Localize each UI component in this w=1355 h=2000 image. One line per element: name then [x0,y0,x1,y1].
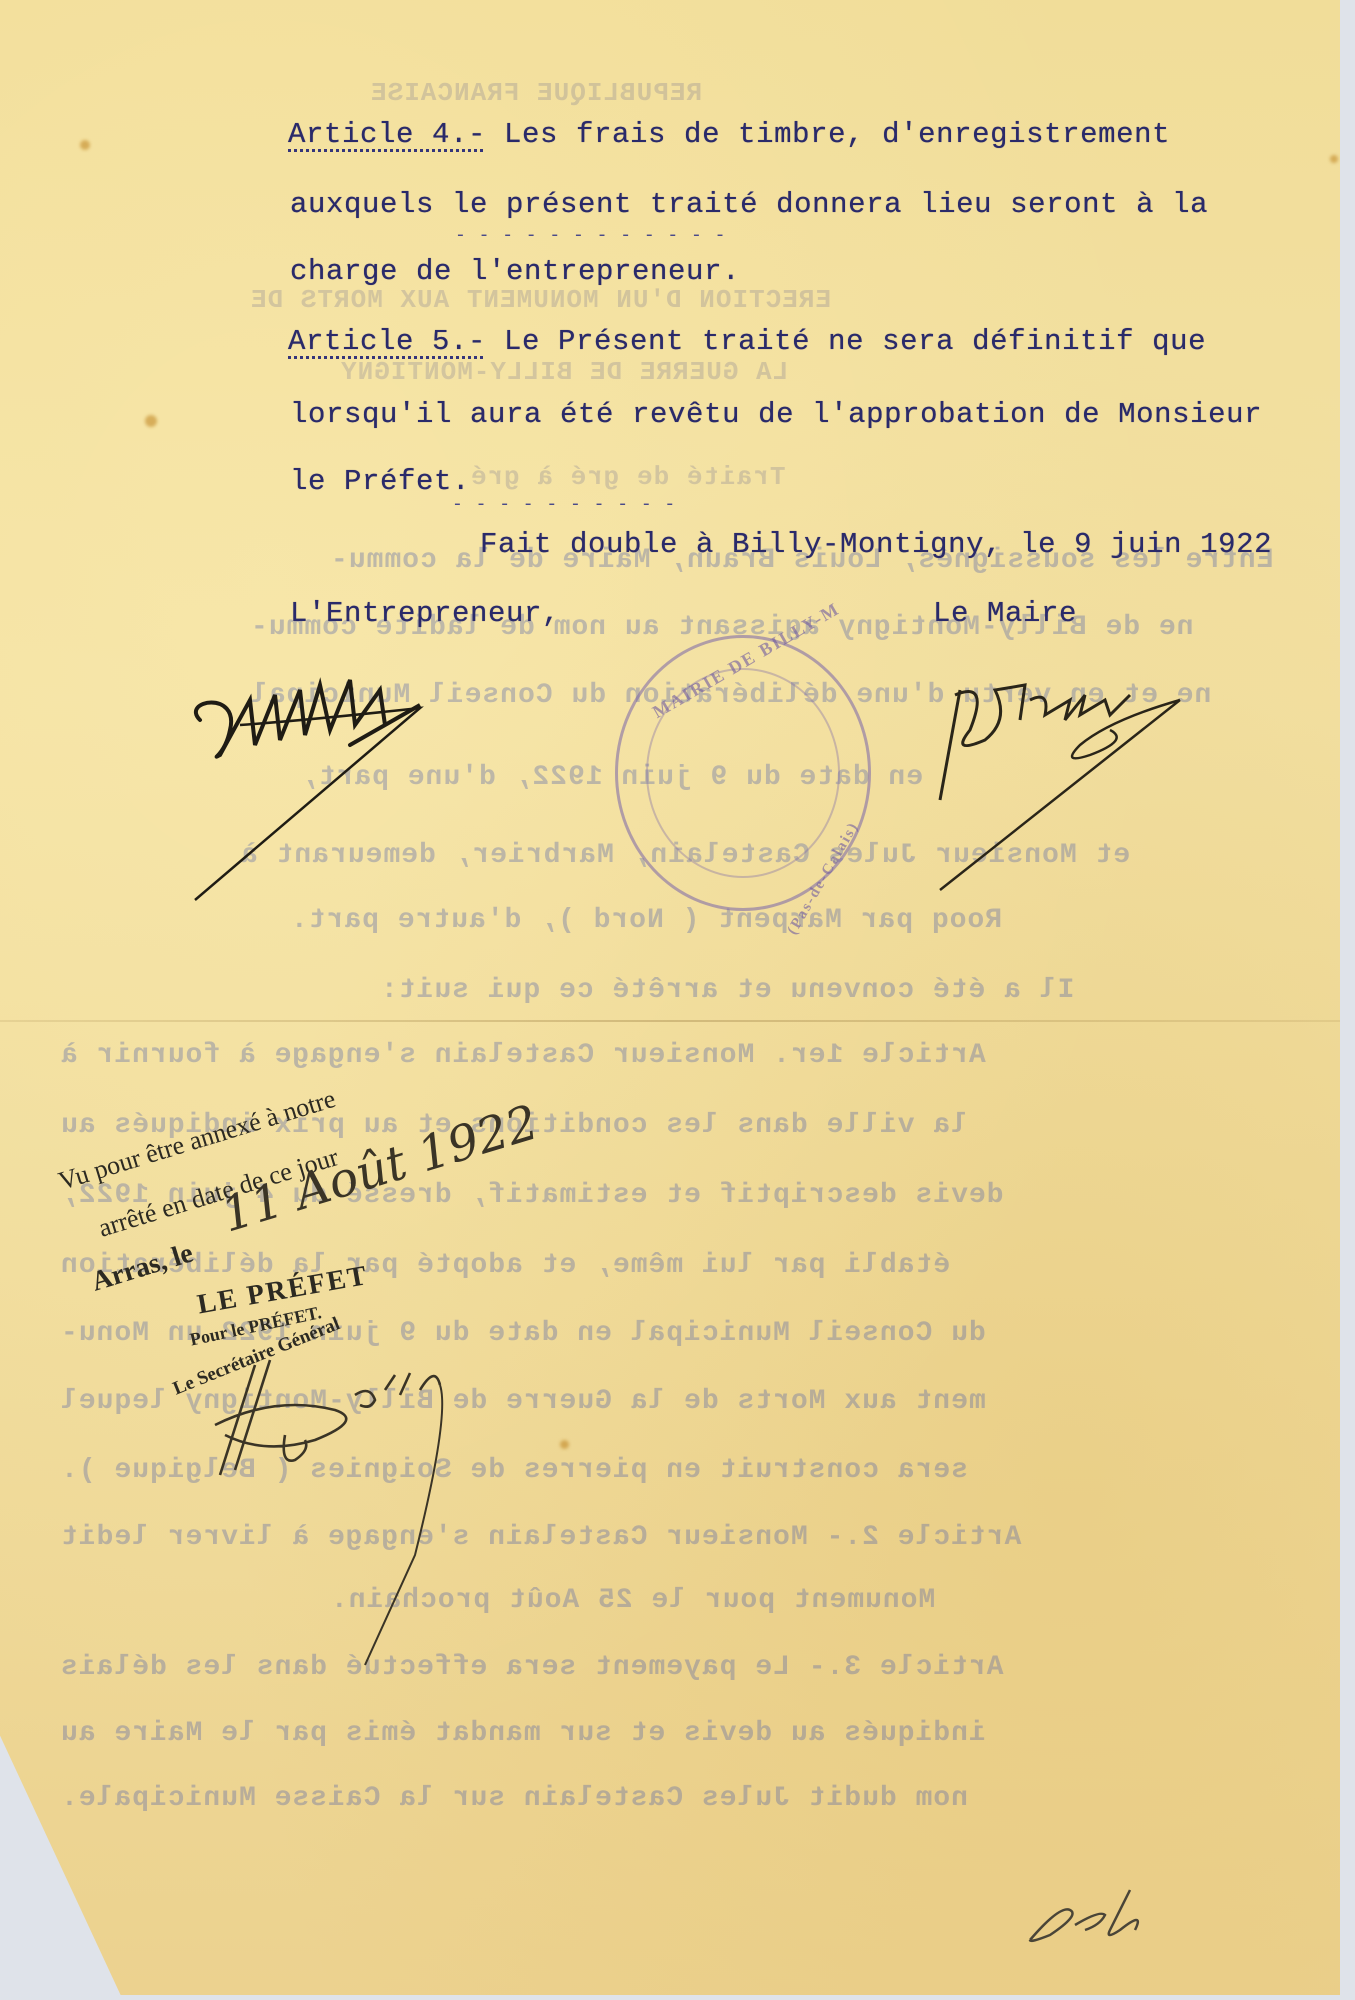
dashed-rule: - - - - - - - - - - - - [455,226,726,246]
signatory-entrepreneur: L'Entrepreneur, [290,597,560,630]
stain [1330,155,1338,163]
article-5-line-3: le Préfet. [290,465,470,498]
article-4-label: Article 4.- [288,118,486,151]
bleed-line: Il a été convenu et arrêté ce qui suit: [380,975,1074,1006]
stain [560,1440,569,1449]
article-5-line-1: Article 5.- Le Présent traité ne sera dé… [288,325,1206,358]
place-date-line: Fait double à Billy-Montigny, le 9 juin … [480,528,1272,561]
stain [70,1915,78,1923]
document-page: REPUBLIQUE FRANCAISE ERECTION D'UN MONUM… [0,0,1340,1995]
bleed-line: Article 1er. Monsieur Castelain s'engage… [60,1040,986,1071]
bleed-header-line: REPUBLIQUE FRANCAISE [370,78,702,108]
dashed-rule: - - - - - - - - - - [452,495,676,515]
entrepreneur-signature [180,660,560,920]
stain [80,140,90,150]
article-4-line-3: charge de l'entrepreneur. [290,255,740,288]
article-5-line-2: lorsqu'il aura été revêtu de l'approbati… [290,398,1262,431]
bleed-header-line: Traité de gré à gré [470,462,785,492]
stain [145,415,157,427]
bleed-line: indiqués au devis et sur mandat émis par… [60,1718,986,1749]
prefect-stamp-place: Arras, le [88,1238,197,1299]
article-5-label: Article 5.- [288,325,486,358]
bleed-header-line: ERECTION D'UN MONUMENT AUX MORTS DE [250,285,831,315]
maire-signature [930,660,1250,900]
bleed-header-line: LA GUERRE DE BILLY-MONTIGNY [340,357,788,387]
secretary-signature [195,1355,535,1675]
article-4-line-2: auxquels le présent traité donnera lieu … [290,188,1208,221]
signatory-maire: Le Maire [933,597,1077,630]
article-4-line-1: Article 4.- Les frais de timbre, d'enreg… [288,118,1170,151]
bleed-line: nom dudit Jules Castelain sur la Caisse … [60,1783,968,1814]
paper-fold [0,1020,1340,1022]
bottom-annotation-initials [1020,1885,1180,1955]
